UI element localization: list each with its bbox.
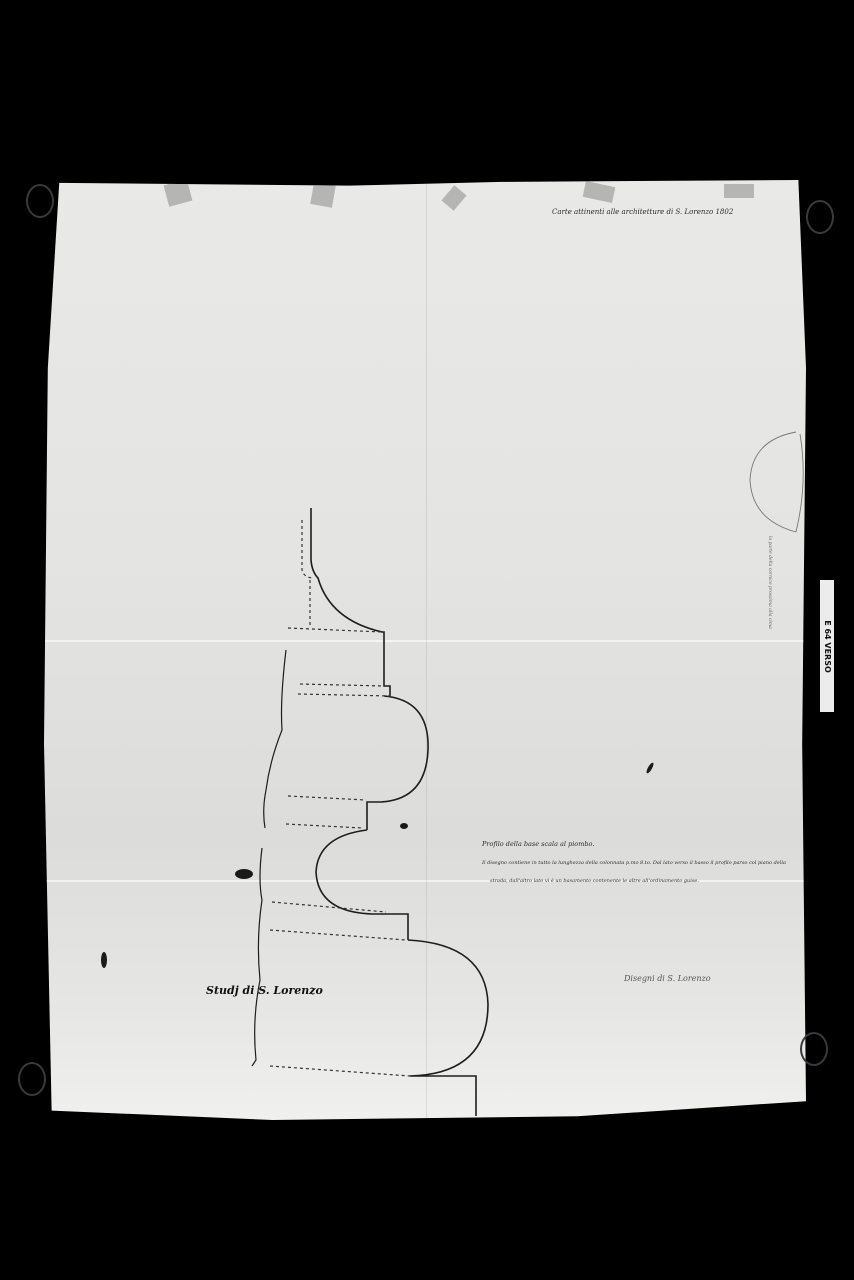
archive-label-text: E 64 VERSO	[823, 620, 832, 673]
title-note: Studj di S. Lorenzo	[206, 984, 323, 997]
margin-note: la parte della cornice prossima alla cim…	[767, 536, 772, 629]
archive-label: E 64 VERSO	[820, 580, 834, 712]
molding-profile-drawing	[0, 0, 854, 1280]
header-note: Carte attinenti alle architetture di S. …	[552, 208, 733, 216]
caption-line: Il disegno contiene in tutto la lunghezz…	[482, 860, 786, 866]
signature-note: Disegni di S. Lorenzo	[624, 974, 711, 983]
caption-line: Profilo della base scala al piombo.	[482, 840, 594, 848]
caption-line: strada, dall'altro lato vi è un basament…	[490, 878, 699, 884]
